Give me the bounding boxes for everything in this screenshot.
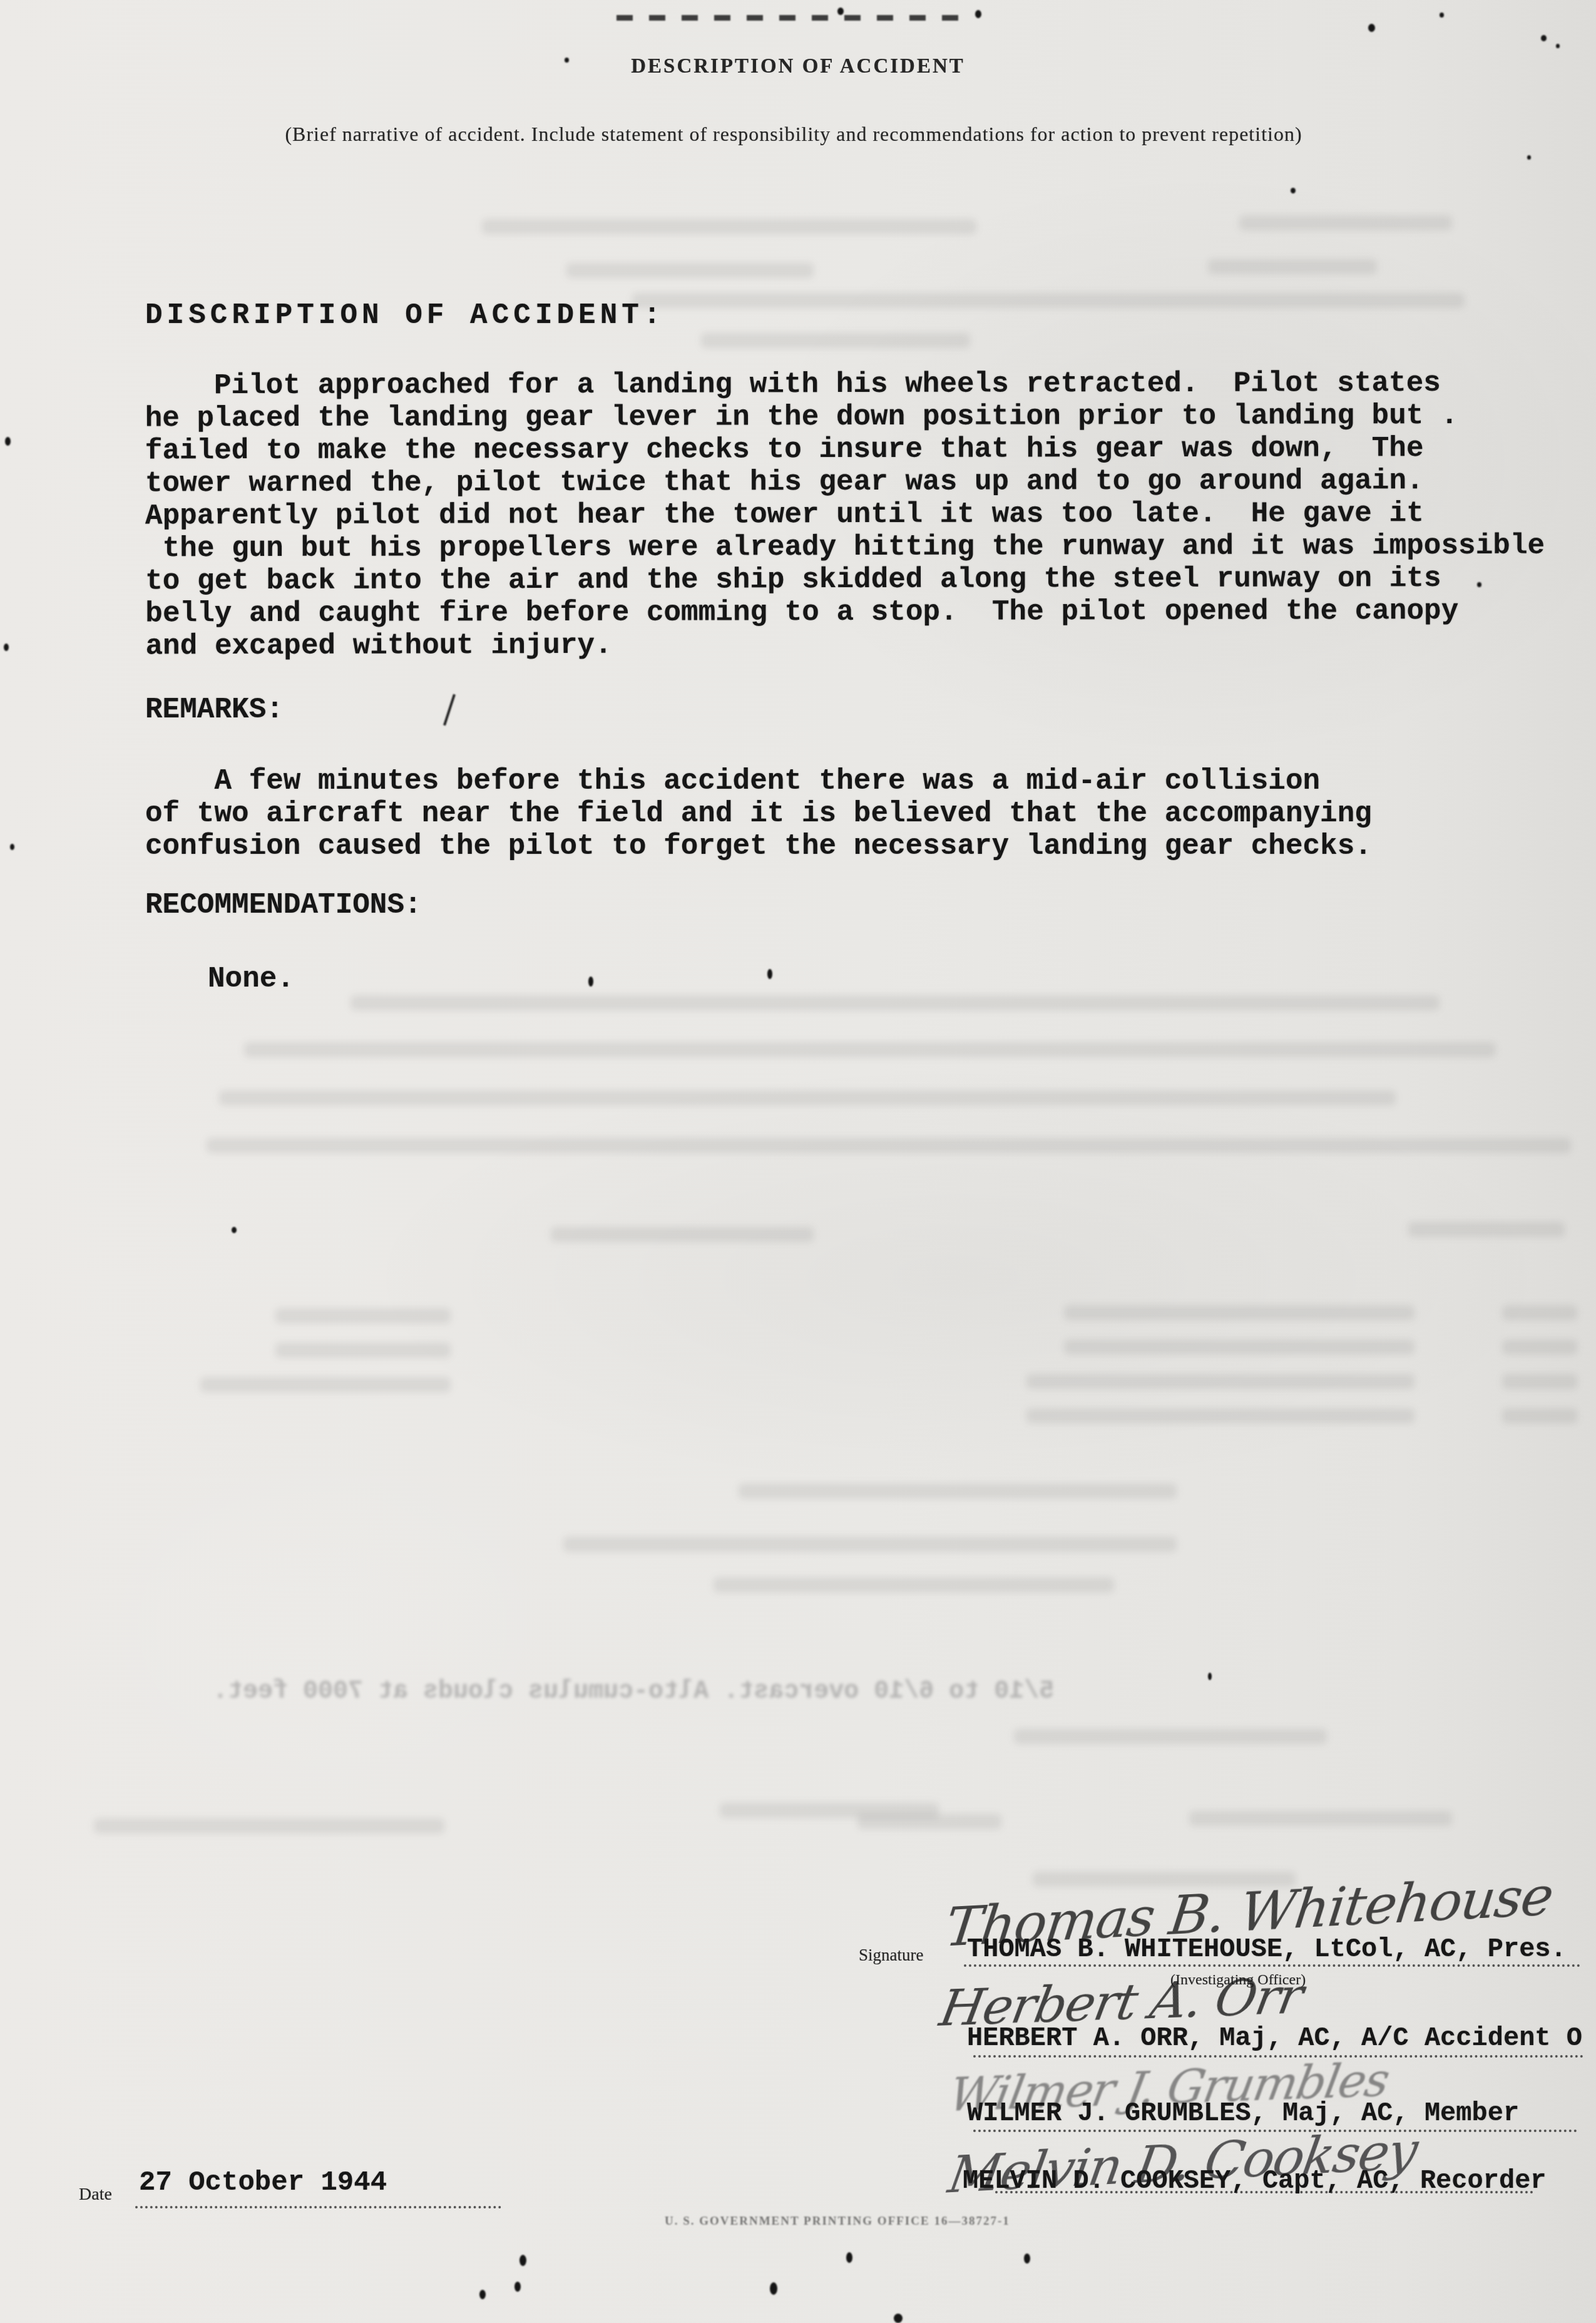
date-label: Date [79,2185,112,2205]
bleed-through-smudge [739,1484,1177,1499]
scanned-accident-report-page: DESCRIPTION OF ACCIDENT (Brief narrative… [0,0,1596,2323]
bleed-through-smudge [1064,1340,1414,1355]
form-subtitle: (Brief narrative of accident. Include st… [285,123,1302,146]
ink-speck [1527,155,1531,160]
ink-speck [1477,582,1481,587]
ink-speck [479,2290,486,2299]
bleed-through-smudge [1026,1374,1414,1389]
bleed-through-smudge [714,1577,1114,1592]
signature-typed-whitehouse: THOMAS B. WHITEHOUSE, LtCol, AC, Pres. [967,1934,1567,1964]
bleed-through-smudge [219,1090,1396,1105]
ink-speck [1024,2254,1030,2264]
signature-label: Signature [859,1946,923,1965]
bleed-through-smudge [1014,1729,1327,1744]
bleed-through-smudge [566,263,814,278]
bleed-through-smudge [701,333,970,348]
bleed-through-smudge [1502,1340,1577,1355]
ink-speck [5,437,11,446]
recommendations-heading: RECOMMENDATIONS: [145,889,422,921]
ink-speck [4,644,9,651]
date-value: 27 October 1944 [139,2167,387,2198]
signature-typed-grumbles: WILMER J. GRUMBLES, Maj, AC, Member [967,2098,1519,2128]
description-body: Pilot approached for a landing with his … [145,367,1567,663]
bleed-through-smudge [632,293,1465,308]
bleed-through-smudge [563,1537,1177,1552]
ink-speck [837,8,844,15]
ink-speck [1440,13,1444,18]
ink-speck [770,2282,777,2295]
bleed-through-smudge [94,1818,444,1833]
ink-speck [894,2314,903,2323]
signature-line-1 [964,1964,1580,1967]
bleed-through-smudge [1239,215,1452,230]
bleed-through-smudge [244,1042,1496,1057]
bleed-through-smudge [482,219,976,234]
form-title: DESCRIPTION OF ACCIDENT [631,55,965,78]
bleed-through-smudge [200,1377,451,1392]
signature-line-4 [995,2191,1533,2193]
ink-speck [1368,24,1375,32]
stray-ink-mark [443,694,456,726]
remarks-heading: REMARKS: [145,694,284,726]
bleed-through-smudge [350,995,1440,1010]
ink-speck [975,10,981,18]
bleed-through-smudge [1502,1305,1577,1320]
ink-speck [1291,188,1296,193]
ink-speck [565,58,569,63]
bleed-through-smudge [1208,259,1377,274]
bleed-through-weather-line: 5/10 to 6/10 overcast. Alto-cumulus clou… [213,1678,1054,1706]
gpo-print-line: U. S. GOVERNMENT PRINTING OFFICE 16—3872… [665,2215,1010,2228]
bleed-through-smudge [1502,1408,1577,1423]
remarks-body: A few minutes before this accident there… [145,765,1566,863]
bleed-through-smudge [275,1308,451,1323]
date-line [135,2206,501,2208]
bleed-through-smudge [1064,1305,1414,1320]
top-dashed-line [616,15,967,21]
description-heading: DISCRIPTION OF ACCIDENT: [145,299,665,332]
bleed-through-smudge [207,1138,1571,1153]
ink-speck [514,2282,521,2292]
ink-speck [232,1227,237,1233]
ink-speck [519,2255,526,2266]
ink-speck [1556,44,1560,48]
ink-speck [588,977,593,987]
bleed-through-smudge [1026,1408,1414,1423]
bleed-through-smudge [551,1227,814,1242]
bleed-through-smudge [1408,1222,1565,1237]
ink-speck [1208,1673,1212,1680]
bleed-through-smudge [857,1814,1001,1829]
bleed-through-smudge [1502,1374,1577,1389]
ink-speck [10,844,14,850]
recommendations-body: None. [208,963,294,995]
ink-speck [846,2252,852,2263]
ink-speck [1541,35,1547,41]
signature-typed-orr: HERBERT A. ORR, Maj, AC, A/C Accident O [967,2023,1582,2053]
bleed-through-smudge [1189,1811,1452,1826]
bleed-through-smudge [275,1343,451,1358]
ink-speck [767,969,772,979]
